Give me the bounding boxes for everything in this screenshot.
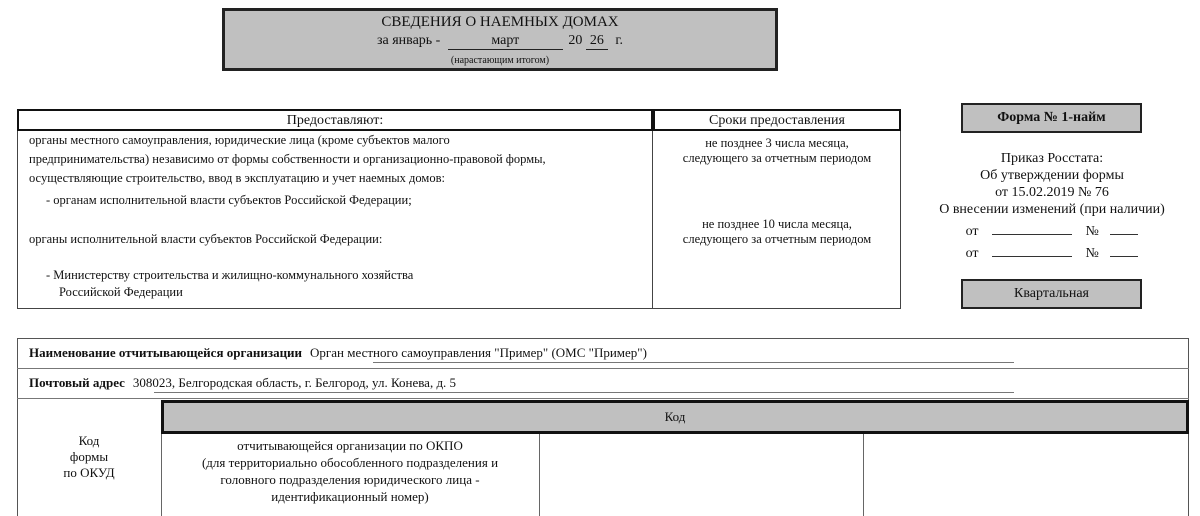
okpo-line: идентификационный номер) xyxy=(161,488,539,505)
deadlines-header: Сроки предоставления xyxy=(653,109,901,131)
amendment-number-field[interactable] xyxy=(1110,220,1138,235)
amendment-row-2: от № xyxy=(915,242,1189,262)
year-unit: г. xyxy=(615,33,623,48)
deadline-1-line1: не позднее 3 числа месяца, xyxy=(653,136,901,151)
order-line: О внесении изменений (при наличии) xyxy=(915,201,1189,218)
row-divider xyxy=(17,368,1189,369)
amendment-date-field[interactable] xyxy=(992,220,1072,235)
from-label: от xyxy=(966,246,979,261)
address-label: Почтовый адрес xyxy=(29,375,125,390)
org-name-value[interactable]: Орган местного самоуправления "Пример" (… xyxy=(310,345,647,360)
deadline-2-line1: не позднее 10 числа месяца, xyxy=(653,217,901,232)
year-prefix: 20 xyxy=(568,33,582,48)
order-line: Об утверждении формы xyxy=(915,167,1189,184)
form-number-box: Форма № 1-найм xyxy=(961,103,1142,133)
report-period: за январь - март 20 26 г. xyxy=(225,33,775,50)
report-title-box: СВЕДЕНИЯ О НАЕМНЫХ ДОМАХ за январь - мар… xyxy=(222,8,778,71)
amendment-date-field[interactable] xyxy=(992,242,1072,257)
address-value[interactable]: 308023, Белгородская область, г. Белгоро… xyxy=(133,375,456,390)
from-label: от xyxy=(966,224,979,239)
submitters-line: органы исполнительной власти субъектов Р… xyxy=(29,230,382,249)
deadline-2: не позднее 10 числа месяца, следующего з… xyxy=(653,217,901,247)
row-divider xyxy=(17,398,1189,399)
submitters-header: Предоставляют: xyxy=(17,109,653,131)
address-underline xyxy=(154,392,1014,393)
org-name-label: Наименование отчитывающейся организации xyxy=(29,345,302,360)
okpo-line: головного подразделения юридического лиц… xyxy=(161,471,539,488)
okud-line: по ОКУД xyxy=(17,465,161,481)
submitters-line: предпринимательства) независимо от формы… xyxy=(29,150,546,169)
okud-label: Код формы по ОКУД xyxy=(17,433,161,481)
submitters-line: осуществляющие строительство, ввод в экс… xyxy=(29,169,445,188)
order-line: Приказ Росстата: xyxy=(915,150,1189,167)
org-name-row: Наименование отчитывающейся организации … xyxy=(29,344,647,362)
number-label: № xyxy=(1086,246,1099,261)
deadline-1-line2: следующего за отчетным периодом xyxy=(653,151,901,166)
number-label: № xyxy=(1086,224,1099,239)
okpo-line: отчитывающейся организации по ОКПО xyxy=(161,437,539,454)
okud-line: формы xyxy=(17,449,161,465)
order-info: Приказ Росстата: Об утверждении формы от… xyxy=(915,150,1189,262)
amendment-row-1: от № xyxy=(915,220,1189,240)
org-name-underline xyxy=(373,362,1014,363)
okpo-line: (для территориально обособленного подраз… xyxy=(161,454,539,471)
code-cell-3[interactable] xyxy=(864,434,1188,516)
submitters-line: Российской Федерации xyxy=(59,283,183,302)
periodicity-box: Квартальная xyxy=(961,279,1142,309)
period-prefix: за январь - xyxy=(377,33,440,48)
period-month-field[interactable]: март xyxy=(448,33,563,50)
order-line: от 15.02.2019 № 76 xyxy=(915,184,1189,201)
cumulative-note: (нарастающим итогом) xyxy=(225,55,775,66)
okud-line: Код xyxy=(17,433,161,449)
amendment-number-field[interactable] xyxy=(1110,242,1138,257)
okpo-label: отчитывающейся организации по ОКПО (для … xyxy=(161,437,539,505)
address-row: Почтовый адрес 308023, Белгородская обла… xyxy=(29,374,456,392)
deadline-2-line2: следующего за отчетным периодом xyxy=(653,232,901,247)
code-cell-2[interactable] xyxy=(540,434,863,516)
year-field[interactable]: 26 xyxy=(586,33,608,50)
code-header: Код xyxy=(161,400,1189,434)
deadline-1: не позднее 3 числа месяца, следующего за… xyxy=(653,136,901,166)
submitters-line: органы местного самоуправления, юридичес… xyxy=(29,131,450,150)
submitters-line: - органам исполнительной власти субъекто… xyxy=(46,191,412,210)
report-title: СВЕДЕНИЯ О НАЕМНЫХ ДОМАХ xyxy=(225,14,775,31)
